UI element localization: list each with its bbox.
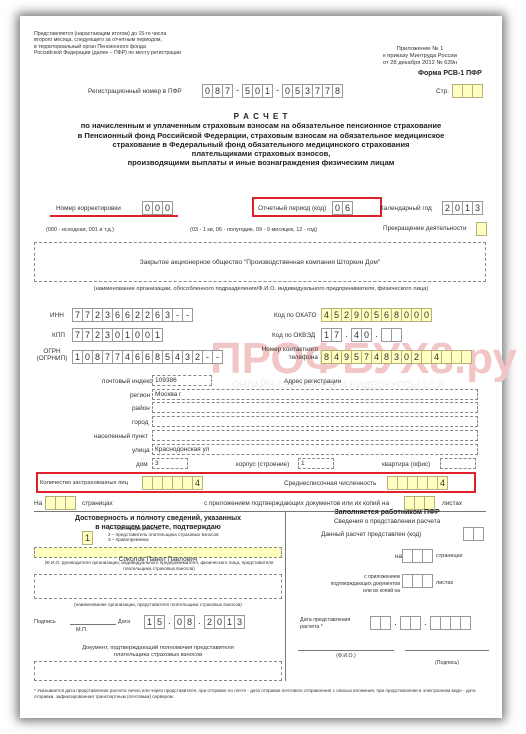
sign-label: Подпись <box>34 619 56 625</box>
char-cell: - <box>213 350 223 364</box>
char-cell <box>153 476 163 490</box>
char-cell <box>387 476 398 490</box>
char-cell: 1 <box>153 328 163 342</box>
char-cell: 2 <box>143 308 153 322</box>
char-cell <box>452 350 462 364</box>
char-cell <box>428 476 438 490</box>
char-cell: 4 <box>173 350 183 364</box>
char-cell: 1 <box>123 328 133 342</box>
char-cell: 0 <box>402 350 412 364</box>
submission-note: Представляется (нарастающим итогом) до 1… <box>34 31 181 56</box>
char-cell: 8 <box>392 308 402 322</box>
kpp-field[interactable]: 772301001 <box>72 328 163 342</box>
locality-label: населенный пункт <box>94 433 148 440</box>
char-cell: 9 <box>352 308 362 322</box>
pfr-attach-label: с приложением подтверждающих документов … <box>288 574 400 595</box>
region-field[interactable]: Москва г <box>152 389 478 400</box>
reg-number-field[interactable]: 087 - 501 - 053778 <box>202 84 343 98</box>
okato-label: Код по ОКАТО <box>274 312 316 319</box>
char-cell: 6 <box>143 350 153 364</box>
form-page: ПРОФБУХ8.ру ОНЛАЙН-СЕМИНАРЫ И ВИДЕОКУРСЫ… <box>20 16 502 718</box>
city-label: город <box>132 419 148 426</box>
period-field[interactable]: 06 <box>332 201 353 215</box>
char-cell: 3 <box>183 350 193 364</box>
pfr-sign-line <box>405 650 489 651</box>
char-cell: 6 <box>153 308 163 322</box>
char-cell <box>462 350 472 364</box>
appendix-note: Приложение № 1 к приказу Минтруда России… <box>350 46 490 67</box>
pages-field[interactable] <box>45 496 76 510</box>
okved-field[interactable]: 17. 40. <box>321 328 402 342</box>
pfr-sign-label: (Подпись) <box>405 660 489 666</box>
reg-number-label: Регистрационный номер в ПФР <box>88 88 182 95</box>
char-cell: 7 <box>72 308 83 322</box>
char-cell: 0 <box>402 308 412 322</box>
pfr-fio-label: (Ф.И.О.) <box>298 653 394 659</box>
char-cell <box>418 476 428 490</box>
column-divider <box>285 511 286 681</box>
confirm-org-field[interactable] <box>34 574 282 599</box>
char-cell: 0 <box>412 308 422 322</box>
char-cell: 5 <box>372 308 382 322</box>
insured-label: Количество застрахованных лиц <box>40 480 128 486</box>
sign-line <box>70 624 116 625</box>
char-cell: 4 <box>372 350 382 364</box>
char-cell: 0 <box>163 201 173 215</box>
char-cell: 2 <box>133 308 143 322</box>
building-label: корпус (строение) <box>236 461 289 468</box>
char-cell: 7 <box>113 350 123 364</box>
char-cell: 3 <box>392 350 402 364</box>
kpp-label: КПП <box>52 332 65 339</box>
page-label: Стр. <box>436 88 449 95</box>
pfr-pages-label: страницах <box>436 553 462 559</box>
char-cell: 5 <box>163 350 173 364</box>
char-cell: 4 <box>432 350 442 364</box>
char-cell: 7 <box>103 350 113 364</box>
apartment-label: квартира (офис) <box>382 461 430 468</box>
char-cell: 3 <box>473 201 483 215</box>
char-cell <box>163 476 173 490</box>
char-cell: 0 <box>332 201 343 215</box>
char-cell: - <box>203 350 213 364</box>
form-name: Форма РСВ-1 ПФР <box>418 70 482 77</box>
char-cell: 6 <box>123 308 133 322</box>
okato-field[interactable]: 45290568000 <box>321 308 432 322</box>
char-cell: 2 <box>93 328 103 342</box>
pages-suffix: страницах <box>82 500 113 507</box>
char-cell: - <box>183 308 193 322</box>
okved-label: Код по ОКВЭД <box>272 332 315 339</box>
char-cell <box>398 476 408 490</box>
street-label: улица <box>132 447 150 454</box>
region-label: регион <box>130 392 150 399</box>
house-label: дом <box>136 461 148 468</box>
char-cell: 8 <box>382 350 392 364</box>
phone-field[interactable]: 84957483024 <box>321 350 472 364</box>
termination-checkbox[interactable] <box>476 222 487 236</box>
period-label: Отчетный период (код) <box>258 205 326 212</box>
ogrn-label: ОГРН(ОГРНИП) <box>34 348 70 362</box>
footnote: * Указывается дата представления расчета… <box>34 688 490 700</box>
char-cell: 1 <box>82 531 93 545</box>
org-name-field[interactable]: Закрытое акционерное общество "Производс… <box>34 242 486 282</box>
district-field[interactable] <box>152 402 478 413</box>
correction-hint: (000 - исходная, 001 и т.д.) <box>46 227 114 233</box>
pfr-fio-line <box>298 650 394 651</box>
correction-underline <box>50 215 178 217</box>
city-field[interactable] <box>152 416 478 427</box>
pfr-subtitle: Сведения о представлении расчета <box>288 518 486 525</box>
char-cell: 6 <box>133 350 143 364</box>
org-name-hint: (наименование организации, обособленного… <box>20 286 502 292</box>
char-cell: 7 <box>72 328 83 342</box>
mp-label: М.П. <box>76 627 88 633</box>
phone-label: Номер контактноготелефона <box>256 346 318 362</box>
doc-field[interactable] <box>34 661 282 681</box>
char-cell: 2 <box>412 350 422 364</box>
pfr-submitted-field[interactable] <box>463 527 484 541</box>
pfr-title: Заполняется работником ПФР <box>288 509 486 516</box>
locality-field[interactable] <box>152 430 478 441</box>
char-cell: 0 <box>422 308 432 322</box>
char-cell: 9 <box>342 350 352 364</box>
char-cell: 5 <box>332 308 342 322</box>
char-cell: 6 <box>382 308 392 322</box>
attach-sheets-field[interactable] <box>404 496 435 510</box>
district-label: район <box>132 405 150 412</box>
char-cell: 6 <box>113 308 123 322</box>
attach-suffix: листах <box>442 500 462 507</box>
inn-label: ИНН <box>50 312 64 319</box>
char-cell: 2 <box>193 350 203 364</box>
char-cell: 0 <box>153 201 163 215</box>
pages-prefix: На <box>34 500 42 507</box>
char-cell <box>408 476 418 490</box>
char-cell: 0 <box>362 308 372 322</box>
pfr-pages-field[interactable] <box>402 549 433 563</box>
pfr-submitted-label: Данный расчет представлен (код) <box>321 531 421 538</box>
page-number-field[interactable] <box>452 84 483 98</box>
termination-label: Прекращение деятельности <box>383 225 467 232</box>
char-cell <box>142 476 153 490</box>
house-field[interactable]: 3 <box>152 458 188 469</box>
year-label: Календарный год <box>380 205 432 212</box>
char-cell: 7 <box>362 350 372 364</box>
avg-field[interactable]: 4 <box>387 476 448 490</box>
inn-field[interactable]: 7723662263-- <box>72 308 193 322</box>
postal-label: почтовый индекс <box>102 378 152 385</box>
char-cell <box>422 350 432 364</box>
char-cell: 4 <box>193 476 203 490</box>
char-cell <box>173 476 183 490</box>
char-cell: - <box>173 308 183 322</box>
char-cell: 8 <box>93 350 103 364</box>
year-field[interactable]: 2013 <box>442 201 483 215</box>
address-title: Адрес регистрации <box>284 378 341 385</box>
pfr-sheets-field[interactable] <box>402 574 433 588</box>
insured-field[interactable]: 4 <box>142 476 203 490</box>
char-cell <box>442 350 452 364</box>
apartment-field[interactable] <box>440 458 476 469</box>
char-cell: 1 <box>463 201 473 215</box>
char-cell: 0 <box>83 350 93 364</box>
char-cell: 4 <box>332 350 342 364</box>
char-cell: 0 <box>113 328 123 342</box>
date-label: Дата <box>118 619 130 625</box>
char-cell: 0 <box>142 201 153 215</box>
confirm-date-field[interactable]: 15 . 08 . 2013 <box>144 615 245 629</box>
pfr-date-field[interactable]: . . <box>370 616 471 630</box>
confirm-person-hint: (Ф.И.О. руководителя организации, индиви… <box>44 560 274 572</box>
char-cell: 2 <box>442 201 453 215</box>
char-cell: 7 <box>83 308 93 322</box>
char-cell: 4 <box>123 350 133 364</box>
char-cell: 7 <box>83 328 93 342</box>
attach-label: с приложением подтверждающих документов … <box>204 500 389 507</box>
char-cell: 8 <box>153 350 163 364</box>
char-cell: 4 <box>438 476 448 490</box>
char-cell: 6 <box>343 201 353 215</box>
char-cell: 3 <box>103 308 113 322</box>
char-cell: 8 <box>321 350 332 364</box>
char-cell <box>183 476 193 490</box>
char-cell: 3 <box>103 328 113 342</box>
pfr-sheets-label: листах <box>436 580 453 586</box>
pfr-date-label: Дата представления расчета * <box>300 617 350 631</box>
building-field[interactable]: 1 <box>298 458 334 469</box>
confirm-org-hint: (наименование организации, представителя… <box>34 602 282 608</box>
char-cell: 2 <box>93 308 103 322</box>
char-cell: 0 <box>143 328 153 342</box>
confirm-person-field[interactable]: Соколов Павел Павлович <box>34 547 282 558</box>
street-field[interactable]: Краснодонская ул <box>152 444 478 455</box>
char-cell: 3 <box>163 308 173 322</box>
ogrn-field[interactable]: 1087746685432-- <box>72 350 223 364</box>
char-cell: 1 <box>72 350 83 364</box>
postal-field[interactable]: 109386 <box>152 375 212 386</box>
char-cell: 5 <box>352 350 362 364</box>
period-hint: (03 - 1 кв, 06 - полугодие, 09 - 9 месяц… <box>190 227 317 233</box>
document-title: Р А С Ч Е Т по начисленным и уплаченным … <box>20 112 502 168</box>
char-cell: 4 <box>321 308 332 322</box>
avg-label: Среднесписочная численность <box>284 480 376 487</box>
char-cell: 0 <box>133 328 143 342</box>
char-cell: 2 <box>342 308 352 322</box>
doc-label: Документ, подтверждающий полномочия пред… <box>34 645 282 659</box>
correction-label: Номер корректировки <box>56 205 121 212</box>
confirm-code-field[interactable]: 1 <box>82 531 93 545</box>
confirm-options: 1 – плательщик взносов, 2 – представител… <box>108 526 219 543</box>
correction-field[interactable]: 000 <box>142 201 173 215</box>
char-cell: 0 <box>453 201 463 215</box>
